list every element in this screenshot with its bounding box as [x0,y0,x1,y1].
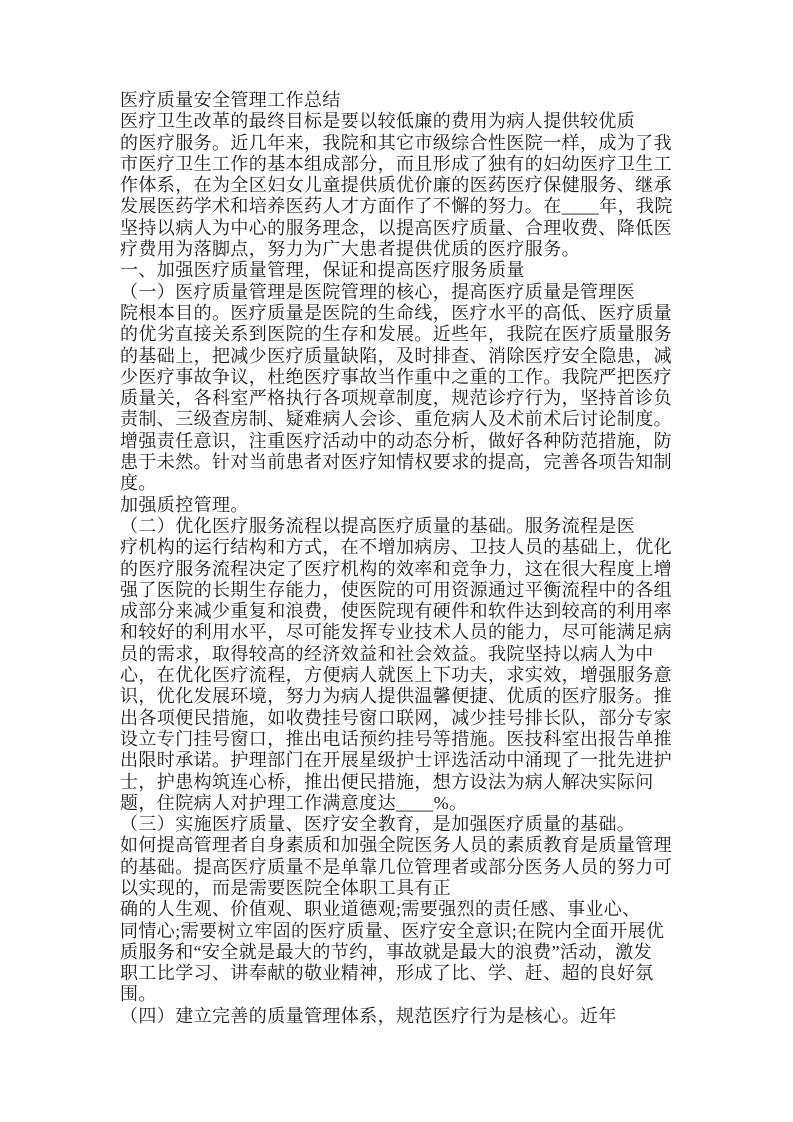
text-line: 强了医院的长期生存能力，使医院的可用资源通过平衡流程中的各组 [120,580,720,601]
document-title: 医疗质量安全管理工作总结 [120,90,720,111]
text-line: 质量关，各科室严格执行各项规章制度，规范诊疗行为，坚持首诊负 [120,388,720,409]
text-line: 疗机构的运行结构和方式，在不增加病房、卫技人员的基础上，优化 [120,537,720,558]
document-page: 医疗质量安全管理工作总结 医疗卫生改革的最终目标是要以较低廉的费用为病人提供较优… [0,0,793,1122]
text-line: 出各项便民措施，如收费挂号窗口联网，减少挂号排长队，部分专家 [120,708,720,729]
text-line: 心，在优化医疗流程，方便病人就医上下功夫，求实效，增强服务意 [120,665,720,686]
text-line: 职工比学习、讲奉献的敬业精神，形成了比、学、赶、超的良好氛 [120,963,720,984]
text-line: 同情心;需要树立牢固的医疗质量、医疗安全意识;在院内全面开展优 [120,921,720,942]
text-line: 员的需求，取得较高的经济效益和社会效益。我院坚持以病人为中 [120,644,720,665]
text-line: 的基础。提高医疗质量不是单靠几位管理者或部分医务人员的努力可 [120,857,720,878]
document-body: 医疗卫生改革的最终目标是要以较低廉的费用为病人提供较优质的医疗服务。近几年来，我… [120,111,720,1027]
text-line: 度。 [120,473,720,494]
text-line: 士，护患构筑连心桥，推出便民措施，想方设法为病人解决实际问 [120,772,720,793]
text-line: 作体系，在为全区妇女儿童提供质优价廉的医药医疗保健服务、继承 [120,175,720,196]
text-line: 坚持以病人为中心的服务理念，以提高医疗质量、合理收费、降低医 [120,218,720,239]
text-line: （一）医疗质量管理是医院管理的核心，提高医疗质量是管理医 [120,282,720,303]
text-line: 出限时承诺。护理部门在开展星级护士评选活动中涌现了一批先进护 [120,750,720,771]
text-line: 院根本目的。医疗质量是医院的生命线，医疗水平的高低、医疗质量 [120,303,720,324]
text-line: 识，优化发展环境，努力为病人提供温馨便捷、优质的医疗服务。推 [120,686,720,707]
text-line: 发展医药学术和培养医药人才方面作了不懈的努力。在____年，我院 [120,196,720,217]
text-line: 市医疗卫生工作的基本组成部分，而且形成了独有的妇幼医疗卫生工 [120,154,720,175]
text-line: 以实现的，而是需要医院全体职工具有正 [120,878,720,899]
text-line: 疗费用为落脚点，努力为广大患者提供优质的医疗服务。 [120,239,720,260]
text-line: 成部分来减少重复和浪费，使医院现有硬件和软件达到较高的利用率 [120,601,720,622]
text-line: 如何提高管理者自身素质和加强全院医务人员的素质教育是质量管理 [120,835,720,856]
text-line: 责制、三级查房制、疑难病人会诊、重危病人及术前术后讨论制度。 [120,409,720,430]
text-line: 患于未然。针对当前患者对医疗知情权要求的提高，完善各项告知制 [120,452,720,473]
text-line: 质服务和“安全就是最大的节约，事故就是最大的浪费”活动，激发 [120,942,720,963]
text-line: 少医疗事故争议，杜绝医疗事故当作重中之重的工作。我院严把医疗 [120,367,720,388]
text-line: 围。 [120,984,720,1005]
text-line: 的优劣直接关系到医院的生存和发展。近些年，我院在医疗质量服务 [120,324,720,345]
text-line: 设立专门挂号窗口，推出电话预约挂号等措施。医技科室出报告单推 [120,729,720,750]
text-line: 医疗卫生改革的最终目标是要以较低廉的费用为病人提供较优质 [120,111,720,132]
text-line: 确的人生观、价值观、职业道德观;需要强烈的责任感、事业心、 [120,899,720,920]
text-line: 加强质控管理。 [120,495,720,516]
document-text-block: 医疗质量安全管理工作总结 医疗卫生改革的最终目标是要以较低廉的费用为病人提供较优… [120,90,720,1027]
text-line: （四）建立完善的质量管理体系，规范医疗行为是核心。近年 [120,1006,720,1027]
text-line: （三）实施医疗质量、医疗安全教育，是加强医疗质量的基础。 [120,814,720,835]
text-line: 的医疗服务流程决定了医疗机构的效率和竞争力，这在很大程度上增 [120,559,720,580]
text-line: 一、加强医疗质量管理，保证和提高医疗服务质量 [120,260,720,281]
text-line: 的基础上，把减少医疗质量缺陷，及时排查、消除医疗安全隐患，减 [120,346,720,367]
text-line: （二）优化医疗服务流程以提高医疗质量的基础。服务流程是医 [120,516,720,537]
text-line: 增强责任意识，注重医疗活动中的动态分析，做好各种防范措施，防 [120,431,720,452]
text-line: 的医疗服务。近几年来，我院和其它市级综合性医院一样，成为了我 [120,133,720,154]
text-line: 题，住院病人对护理工作满意度达____%。 [120,793,720,814]
text-line: 和较好的利用水平，尽可能发挥专业技术人员的能力，尽可能满足病 [120,622,720,643]
